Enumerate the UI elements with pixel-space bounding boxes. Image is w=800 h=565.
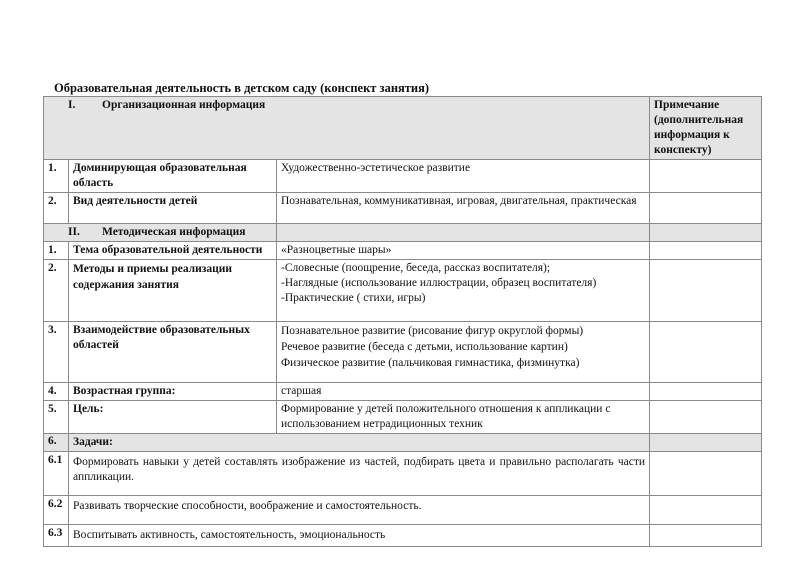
row-value: Познавательное развитие (рисование фигур… (277, 322, 650, 383)
task-row: 6.2 Развивать творческие способности, во… (44, 496, 762, 525)
task-number: 6.1 (44, 452, 69, 496)
row-label: Доминирующая образовательная область (69, 160, 277, 193)
row-label: Тема образовательной деятельности (69, 242, 277, 260)
task-number: 6.2 (44, 496, 69, 525)
task-row: 6.1 Формировать навыки у детей составлят… (44, 452, 762, 496)
task-text: Развивать творческие способности, вообра… (69, 496, 650, 525)
row-label: Возрастная группа: (69, 383, 277, 401)
note-cell[interactable] (650, 452, 762, 496)
task-row: 6.3 Воспитывать активность, самостоятель… (44, 525, 762, 547)
note-column-header: Примечание (дополнительная информация к … (650, 97, 762, 160)
area-line: Познавательное развитие (рисование фигур… (281, 323, 645, 339)
table-row: 1. Тема образовательной деятельности «Ра… (44, 242, 762, 260)
row-value: Познавательная, коммуникативная, игровая… (277, 193, 650, 224)
row-value: Формирование у детей положительного отно… (277, 401, 650, 434)
note-cell[interactable] (650, 260, 762, 322)
note-cell[interactable] (650, 383, 762, 401)
section-2-title: Методическая информация (102, 226, 245, 238)
document-title: Образовательная деятельность в детском с… (54, 81, 429, 96)
row-value: старшая (277, 383, 650, 401)
table-row: 2. Вид деятельности детей Познавательная… (44, 193, 762, 224)
note-cell[interactable] (650, 401, 762, 434)
method-line: -Практические ( стихи, игры) (281, 291, 645, 306)
note-cell[interactable] (650, 434, 762, 452)
section-2-title-cell: II.Методическая информация (44, 224, 277, 242)
area-line: Речевое развитие (беседа с детьми, испол… (281, 339, 645, 355)
row-number: 1. (44, 242, 69, 260)
section-2-header: II.Методическая информация (44, 224, 762, 242)
row-number: 2. (44, 193, 69, 224)
tasks-header: 6. Задачи: (44, 434, 762, 452)
section-1-title: Организационная информация (102, 99, 265, 111)
note-cell[interactable] (650, 525, 762, 547)
task-text: Формировать навыки у детей составлять из… (69, 452, 650, 496)
section-1-roman: I. (48, 98, 102, 113)
row-value: «Разноцветные шары» (277, 242, 650, 260)
tasks-label: Задачи: (69, 434, 650, 452)
note-cell[interactable] (650, 242, 762, 260)
row-number: 4. (44, 383, 69, 401)
note-cell[interactable] (650, 322, 762, 383)
row-value: Художественно-эстетическое развитие (277, 160, 650, 193)
method-line: -Словесные (поощрение, беседа, рассказ в… (281, 261, 645, 276)
section-1-title-cell: I.Организационная информация (44, 97, 650, 160)
note-cell[interactable] (650, 160, 762, 193)
lesson-plan-table: I.Организационная информация Примечание … (43, 96, 762, 547)
row-number: 1. (44, 160, 69, 193)
row-label: Методы и приемы реализации содержания за… (69, 260, 277, 322)
row-number: 2. (44, 260, 69, 322)
row-number: 3. (44, 322, 69, 383)
table-row: 4. Возрастная группа: старшая (44, 383, 762, 401)
table-row: 1. Доминирующая образовательная область … (44, 160, 762, 193)
table-row: 3. Взаимодействие образовательных област… (44, 322, 762, 383)
section-1-header: I.Организационная информация Примечание … (44, 97, 762, 160)
area-line: Физическое развитие (пальчиковая гимнаст… (281, 355, 645, 371)
tasks-number: 6. (44, 434, 69, 452)
row-number: 5. (44, 401, 69, 434)
table-row: 2. Методы и приемы реализации содержания… (44, 260, 762, 322)
task-text: Воспитывать активность, самостоятельност… (69, 525, 650, 547)
section-2-empty-cell (277, 224, 650, 242)
note-cell[interactable] (650, 224, 762, 242)
section-2-roman: II. (48, 225, 102, 240)
task-number: 6.3 (44, 525, 69, 547)
method-line: -Наглядные (использование иллюстрации, о… (281, 276, 645, 291)
row-label: Вид деятельности детей (69, 193, 277, 224)
row-value: -Словесные (поощрение, беседа, рассказ в… (277, 260, 650, 322)
row-label: Взаимодействие образовательных областей (69, 322, 277, 383)
note-cell[interactable] (650, 496, 762, 525)
row-label: Цель: (69, 401, 277, 434)
table-row: 5. Цель: Формирование у детей положитель… (44, 401, 762, 434)
note-cell[interactable] (650, 193, 762, 224)
